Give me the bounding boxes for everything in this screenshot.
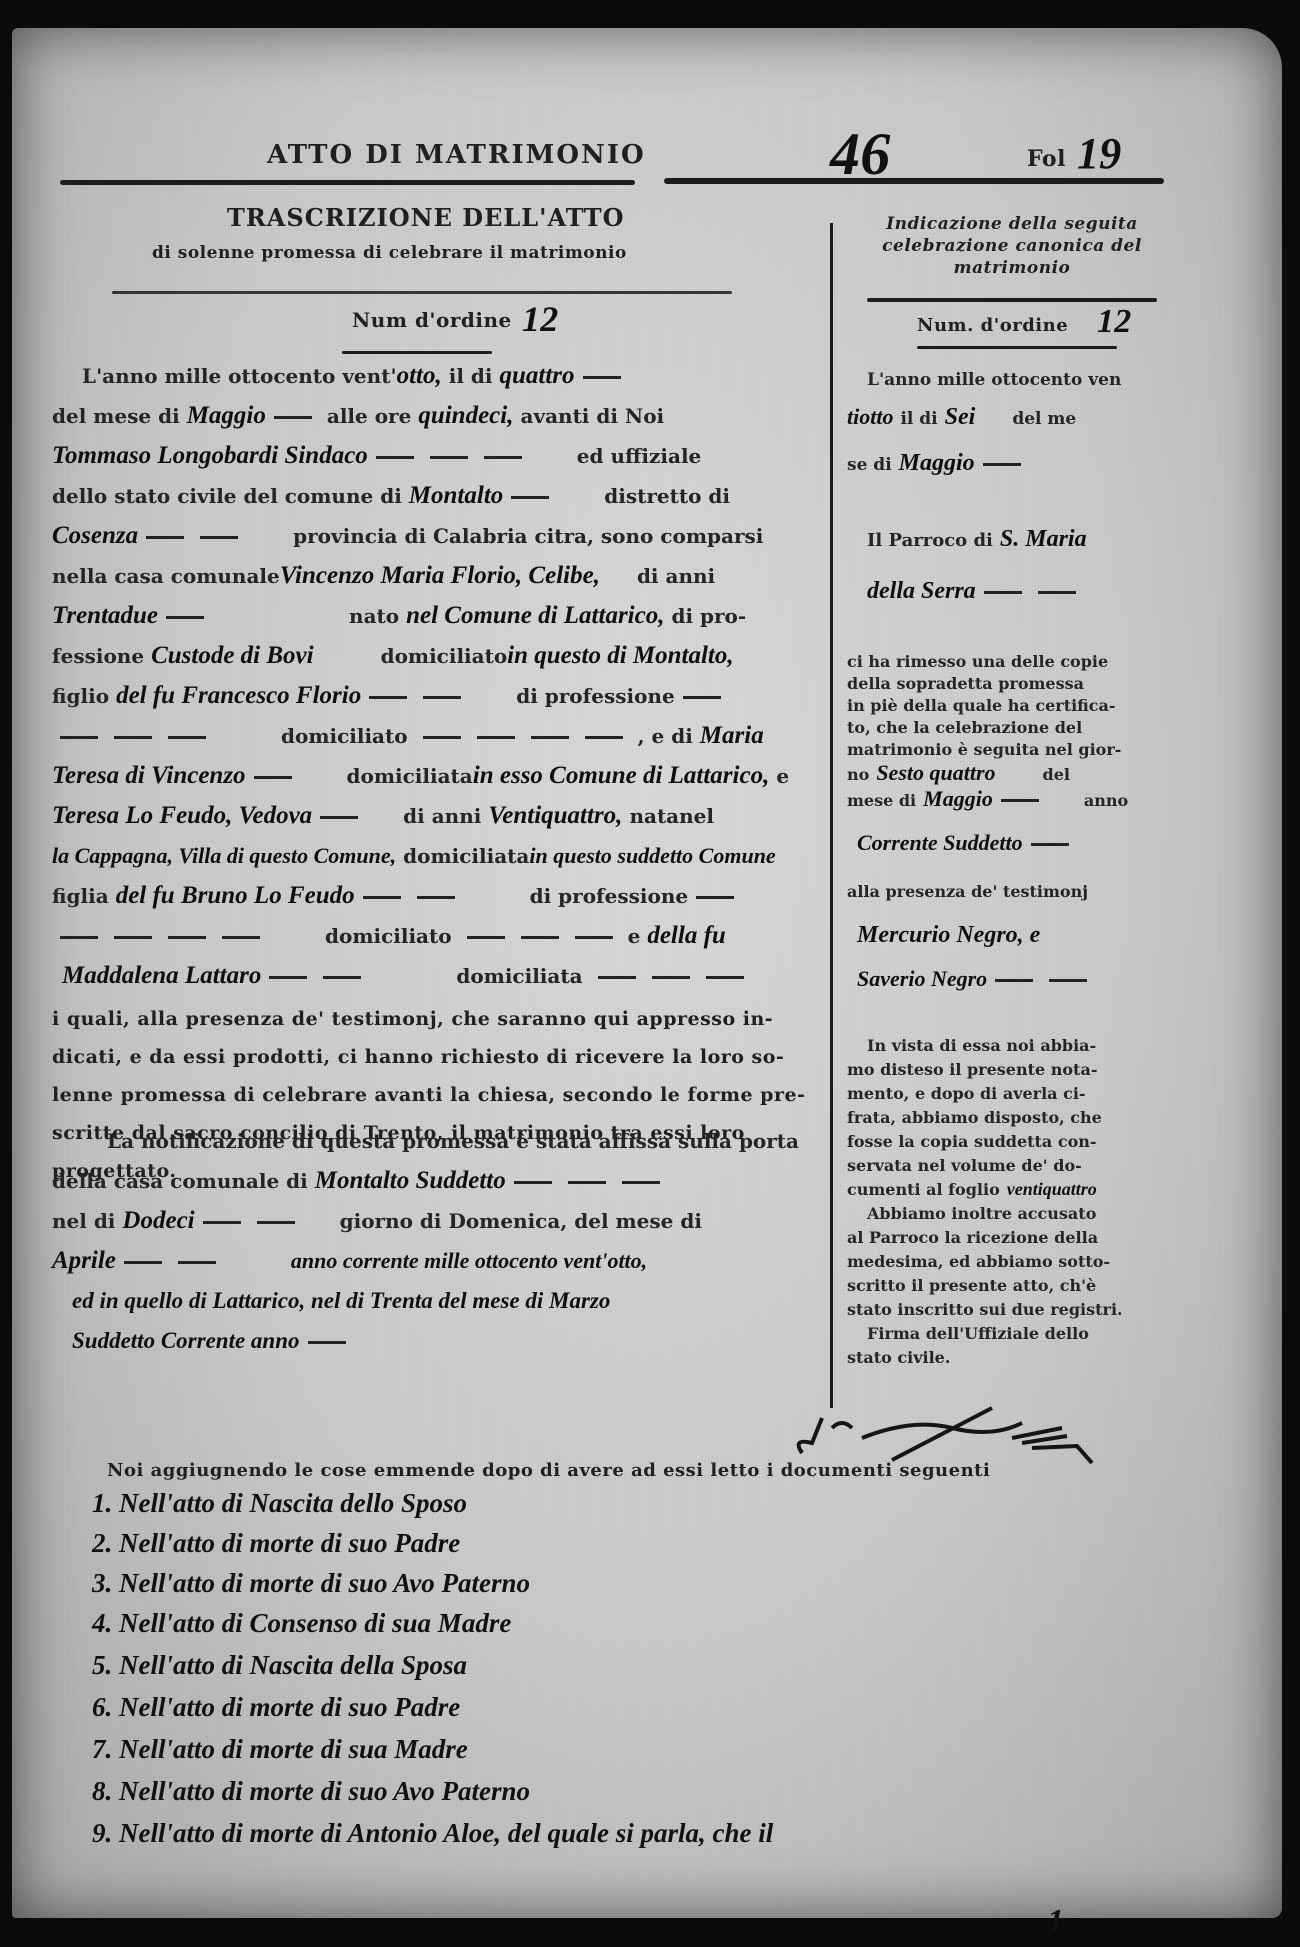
left-subheading: di solenne promessa di celebrare il matr… xyxy=(152,243,627,263)
p1-line-4: dello stato civile del comune di Montalt… xyxy=(52,483,730,510)
right-order-rule xyxy=(917,346,1117,349)
list-item: 5. Nell'atto di Nascita della Sposa xyxy=(92,1650,467,1681)
folio-number: 19 xyxy=(1077,128,1122,179)
right-order-label: Num. d'ordine xyxy=(917,315,1068,336)
document-title: ATTO DI MATRIMONIO xyxy=(267,140,646,170)
header-rule-left xyxy=(60,180,635,185)
p1-line-11: Teresa di Vincenzo domiciliatain esso Co… xyxy=(52,763,789,790)
list-item: 2. Nell'atto di morte di suo Padre xyxy=(92,1528,460,1559)
official-signature: T. Longobardi xyxy=(792,1398,1112,1468)
column-divider xyxy=(830,223,833,1408)
right-heading-rule xyxy=(867,298,1157,302)
p1-line-6: nella casa comunaleVincenzo Maria Florio… xyxy=(52,563,715,590)
left-order-number: 12 xyxy=(522,298,559,340)
right-order-number: 12 xyxy=(1097,303,1132,341)
corner-mark: 1 xyxy=(1047,1903,1064,1941)
p1-line-3: Tommaso Longobardi Sindaco ed uffiziale xyxy=(52,443,701,470)
header-rule-right xyxy=(664,178,1164,184)
p1-line-16: Maddalena Lattaro domiciliata xyxy=(62,963,752,990)
p1-line-10: domiciliato , e di Maria xyxy=(52,723,764,750)
p1-line-2: del mese di Maggio alle ore quindeci, av… xyxy=(52,403,664,430)
list-item: 6. Nell'atto di morte di suo Padre xyxy=(92,1692,460,1723)
document-page: ATTO DI MATRIMONIO 46 Fol 19 TRASCRIZION… xyxy=(12,28,1282,1918)
documents-intro: Noi aggiugnendo le cose emmende dopo di … xyxy=(107,1460,990,1481)
p1-line-13: la Cappagna, Villa di questo Comune, dom… xyxy=(52,843,776,870)
signature-flourish-icon xyxy=(792,1398,1112,1468)
list-item: 4. Nell'atto di Consenso di sua Madre xyxy=(92,1608,511,1639)
p1-line-14: figlia del fu Bruno Lo Feudo di professi… xyxy=(52,883,742,910)
left-subheading-rule xyxy=(112,291,732,294)
p1-line-12: Teresa Lo Feudo, Vedova di anni Ventiqua… xyxy=(52,803,714,830)
list-item: 1. Nell'atto di Nascita dello Sposo xyxy=(92,1488,467,1519)
p1-line-15: domiciliato e della fu xyxy=(52,923,726,950)
list-item: 7. Nell'atto di morte di sua Madre xyxy=(92,1734,468,1765)
list-item: 3. Nell'atto di morte di suo Avo Paterno xyxy=(92,1568,530,1599)
folio-label: Fol xyxy=(1027,146,1066,172)
p1-line-7: Trentadue nato nel Comune di Lattarico, … xyxy=(52,603,746,630)
p1-line-1: L'anno mille ottocento vent'otto, il di … xyxy=(82,363,629,390)
p1-line-8: fessione Custode di Bovi domiciliatoin q… xyxy=(52,643,734,670)
left-order-label: Num d'ordine xyxy=(352,308,512,332)
left-order-rule xyxy=(342,351,492,354)
p1-line-5: Cosenza provincia di Calabria citra, son… xyxy=(52,523,763,550)
list-item: 9. Nell'atto di morte di Antonio Aloe, d… xyxy=(92,1818,773,1849)
list-item: 8. Nell'atto di morte di suo Avo Paterno xyxy=(92,1776,530,1807)
p1-line-9: figlio del fu Francesco Florio di profes… xyxy=(52,683,729,710)
right-heading: Indicazione della seguita celebrazione c… xyxy=(857,213,1167,279)
left-heading: TRASCRIZIONE DELL'ATTO xyxy=(227,203,625,232)
